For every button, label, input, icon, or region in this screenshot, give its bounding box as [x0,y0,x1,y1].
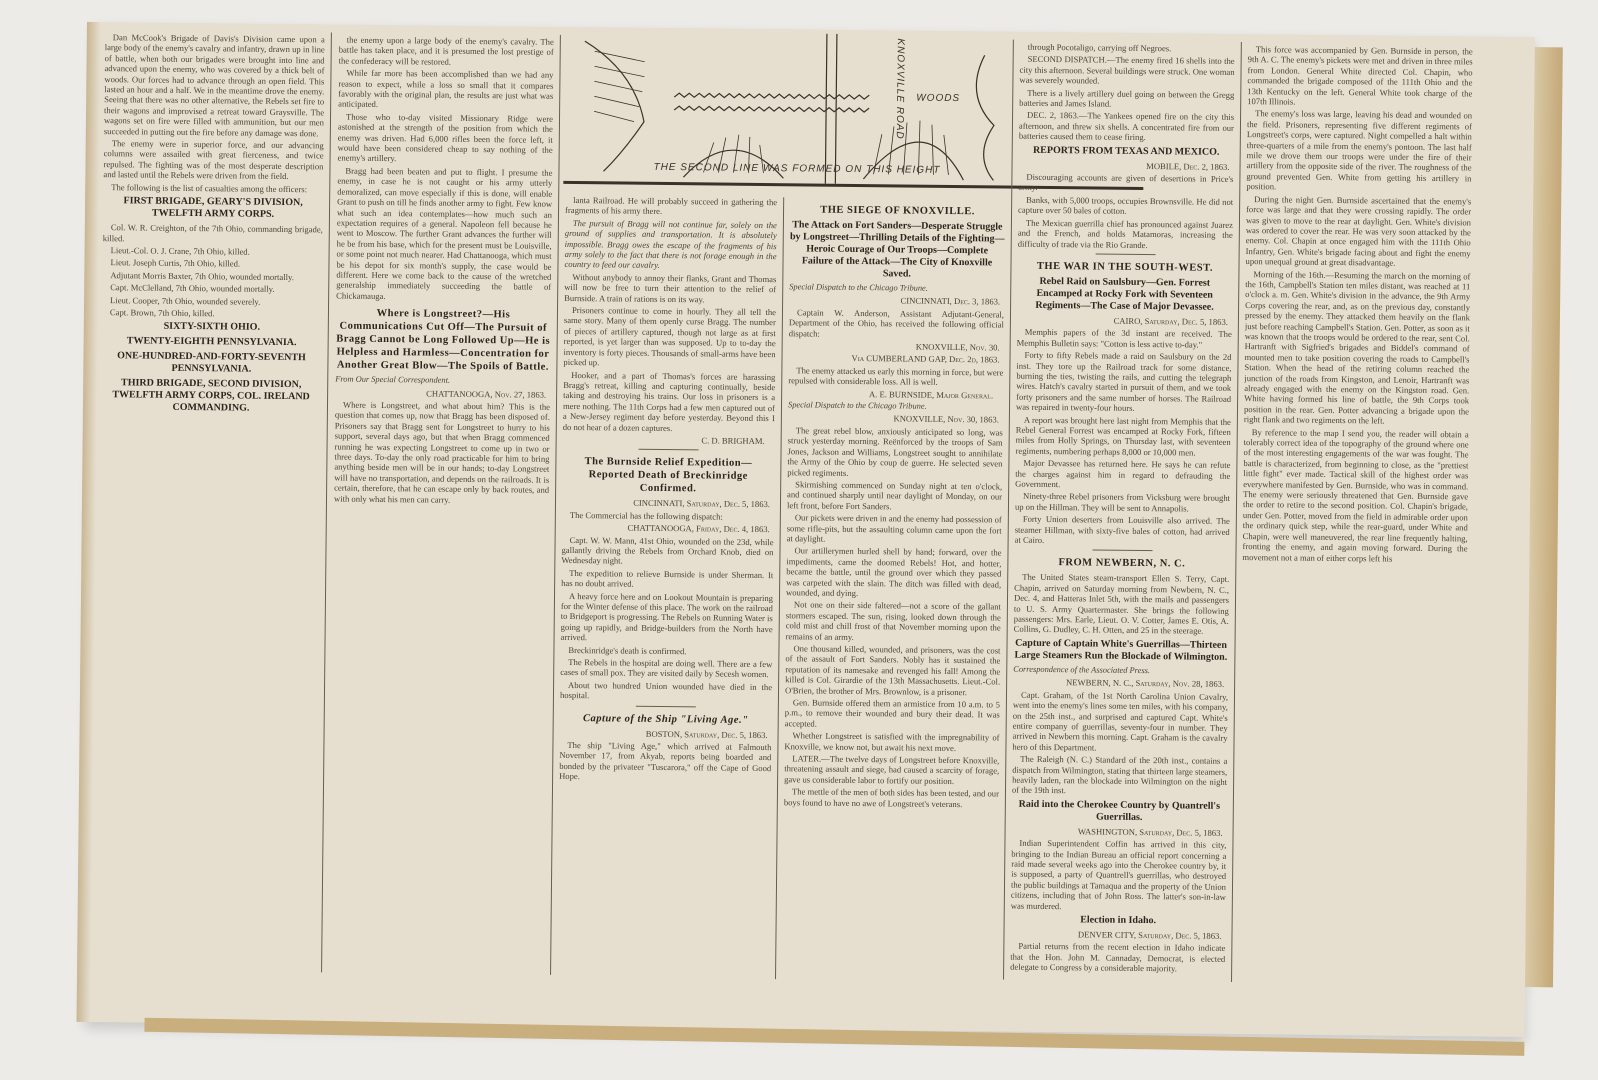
paragraph: The Rebels in the hospital are doing wel… [560,657,772,680]
column-5: through Pocotaligo, carrying off Negroes… [1010,42,1235,984]
casualty-entry: Lieut. Cooper, 7th Ohio, wounded severel… [102,295,322,308]
dateline: CINCINNATI, Saturday, Dec. 5, 1863. [562,497,770,510]
paragraph: Dan McCook's Brigade of Davis's Division… [104,32,325,138]
separator [639,449,699,451]
paragraph: lanta Railroad. He will probably succeed… [565,195,777,218]
paragraph: By reference to the map I send you, the … [1242,427,1468,565]
paragraph: Partial returns from the recent election… [1010,941,1225,974]
paragraph: Our artillerymen hurled shell by hand; f… [786,546,1002,600]
paragraph: Whether Longstreet is satisfied with the… [784,731,999,754]
section-subhead: SIXTY-SIXTH OHIO. [102,320,322,334]
paragraph: Banks, with 5,000 troops, occupies Brown… [1018,195,1233,218]
article-headline: Election in Idaho. [1011,914,1226,928]
dateline: CINCINNATI, Dec. 3, 1863. [789,295,1000,308]
paragraph: LATER.—The twelve days of Longstreet bef… [784,753,999,786]
casualty-entry: Capt. McClelland, 7th Ohio, wounded mort… [102,282,322,295]
column-2: the enemy upon a large body of the enemy… [329,35,554,977]
page-edge-right [1525,47,1563,987]
byline: From Our Special Correspondent. [335,375,550,388]
paragraph: Forty Union deserters from Louisville al… [1015,514,1230,547]
map-label-woods: WOODS [916,93,960,104]
dateline: KNOXVILLE, Nov. 30. [789,340,1000,353]
paragraph: One thousand killed, wounded, and prison… [785,643,1001,697]
paragraph: Not one on their side faltered—not a sco… [786,600,1001,644]
article-subheadline: Rebel Raid on Saulsbury—Gen. Forrest Enc… [1017,276,1232,314]
casualty-entry: Col. W. R. Creighton, of the 7th Ohio, c… [103,222,323,245]
article-subheadline: The Attack on Fort Sanders—Desperate Str… [789,219,1005,281]
section-subhead: THIRD BRIGADE, SECOND DIVISION, TWELFTH … [101,377,321,415]
paragraph: Major Devassee has returned here. He say… [1015,458,1230,491]
paragraph: Forty to fifty Rebels made a raid on Sau… [1016,350,1232,415]
paragraph: The enemy were in superior force, and ou… [103,138,323,182]
dateline: CHATTANOOGA, Nov. 27, 1863. [335,387,546,400]
page-edge-bottom [144,1018,1524,1056]
paragraph: Prisoners continue to come in hourly. Th… [563,305,776,370]
casualty-entry: Adjutant Morris Baxter, 7th Ohio, wounde… [102,270,322,283]
paragraph: Captain W. Anderson, Assistant Adjutant-… [789,307,1004,340]
dateline: CHATTANOOGA, Friday, Dec. 4, 1863. [562,522,770,535]
column-4: THE SIEGE OF KNOXVILLE. The Attack on Fo… [782,197,1005,981]
paragraph: The pursuit of Bragg will not continue f… [564,218,777,272]
paragraph: Skirmishing commenced on Sunday night at… [787,479,1002,512]
paragraph: Gen. Burnside offered them an armistice … [785,697,1000,730]
dateline: NEWBERN, N. C., Saturday, Nov. 28, 1863. [1013,677,1224,690]
paragraph: Where is Longstreet, and what about him?… [334,400,550,506]
dateline: CAIRO, Saturday, Dec. 5, 1863. [1017,315,1228,328]
paragraph: Capt. Graham, of the 1st North Carolina … [1012,689,1228,754]
dateline: WASHINGTON, Saturday, Dec. 5, 1863. [1012,825,1223,838]
paragraph: The enemy's loss was large, leaving his … [1246,109,1472,195]
paragraph: through Pocotaligo, carrying off Negroes… [1020,42,1235,55]
article-headline: Raid into the Cherokee Country by Quantr… [1012,798,1227,824]
paragraph: Without anybody to annoy their flanks, G… [564,272,776,305]
paragraph: Morning of the 16th.—Resuming the march … [1244,269,1471,427]
paragraph: While far more has been accomplished tha… [338,68,553,112]
paragraph: Hooker, and a part of Thomas's forces ar… [563,369,776,434]
article-headline: THE WAR IN THE SOUTH-WEST. [1017,260,1232,275]
article-headline: The Burnside Relief Expedition—Reported … [562,455,774,496]
paragraph: The enemy attacked us early this morning… [788,365,1003,388]
dateline: BOSTON, Saturday, Dec. 5, 1863. [560,728,768,741]
paragraph: Ninety-three Rebel prisoners from Vicksb… [1015,491,1230,514]
dateline: KNOXVILLE, Nov. 30, 1863. [788,413,999,426]
newspaper-page: Dan McCook's Brigade of Davis's Division… [85,22,1535,1037]
casualty-entry: Lieut. Joseph Curtis, 7th Ohio, killed. [102,257,322,270]
byline: Correspondence of the Associated Press. [1013,665,1228,678]
section-subhead: FIRST BRIGADE, GEARY'S DIVISION, TWELFTH… [103,195,323,221]
paragraph: Indian Superintendent Coffin has arrived… [1011,838,1227,913]
paragraph: DEC. 2, 1863.—The Yankees opened fire on… [1019,110,1234,143]
paragraph: Capt. W. W. Mann, 41st Ohio, wounded on … [561,534,773,567]
separator [636,705,696,707]
paragraph: The expedition to relieve Burnside is un… [561,568,773,591]
dateline: DENVER CITY, Saturday, Dec. 5, 1863. [1010,929,1221,942]
column-6: This force was accompanied by Gen. Burns… [1238,44,1473,986]
paragraph: The Mexican guerrilla chief has pronounc… [1018,217,1233,250]
casualty-entry: Capt. Brown, 7th Ohio, killed. [102,307,322,320]
paragraph: There is a lively artillery duel going o… [1019,87,1234,110]
article-headline: Capture of Captain White's Guerrillas—Th… [1013,638,1228,664]
byline: Special Dispatch to the Chicago Tribune. [789,282,1004,295]
signature: C. D. BRIGHAM. [563,434,765,447]
paragraph: The ship "Living Age," which arrived at … [559,740,771,784]
paragraph: A heavy force here and on Lookout Mounta… [561,591,774,645]
paragraph: The following is the list of casualties … [103,182,323,195]
paragraph: The Raleigh (N. C.) Standard of the 20th… [1012,754,1227,798]
paragraph: Memphis papers of the 3d instant are rec… [1017,327,1232,350]
dateline: Via CUMBERLAND GAP, Dec. 2d, 1863. [788,353,999,366]
article-headline: FROM NEWBERN, N. C. [1014,556,1229,571]
paragraph: Breckinridge's death is confirmed. [560,645,772,658]
paragraph: Those who to-day visited Missionary Ridg… [338,111,554,165]
article-headline: Capture of the Ship "Living Age." [560,712,772,727]
separator [1092,550,1152,552]
paragraph: A report was brought here last night fro… [1016,414,1231,458]
paragraph: This force was accompanied by Gen. Burns… [1247,44,1473,109]
paragraph: About two hundred Union wounded have die… [560,680,772,703]
dateline: MOBILE, Dec. 2, 1863. [1019,159,1230,172]
column-3: lanta Railroad. He will probably succeed… [557,195,777,979]
paragraph: The great rebel blow, anxiously anticipa… [787,425,1003,479]
paragraph: The Commercial has the following dispatc… [562,510,774,523]
signature: A. E. BURNSIDE, Major General. [788,388,993,401]
casualty-entry: Lieut.-Col. O. J. Crane, 7th Ohio, kille… [103,245,323,258]
section-subhead: TWENTY-EIGHTH PENNSYLVANIA. [102,335,322,349]
paragraph: Discouraging accounts are given of deser… [1018,172,1233,195]
byline: Special Dispatch to the Chicago Tribune. [788,400,1003,413]
separator [1095,253,1155,255]
paragraph: the enemy upon a large body of the enemy… [339,35,554,68]
paragraph: SECOND DISPATCH.—The enemy fired 16 shel… [1019,54,1234,87]
map-label-road: KNOXVILLE ROAD [894,38,906,139]
article-headline: Where is Longstreet?—His Communications … [335,307,551,374]
paragraph: The United States steam-transport Ellen … [1014,572,1230,637]
paragraph: During the night Gen. Burnside ascertain… [1246,194,1472,269]
paragraph: The mettle of the men of both sides has … [784,787,999,810]
paragraph: Bragg had been beaten and put to flight.… [336,165,552,303]
paragraph: Our pickets were driven in and the enemy… [787,512,1002,545]
section-subhead: ONE-HUNDRED-AND-FORTY-SEVENTH PENNSYLVAN… [101,350,321,376]
column-1: Dan McCook's Brigade of Davis's Division… [95,32,325,974]
section-subhead: REPORTS FROM TEXAS AND MEXICO. [1019,144,1234,158]
article-headline: THE SIEGE OF KNOXVILLE. [790,203,1005,218]
